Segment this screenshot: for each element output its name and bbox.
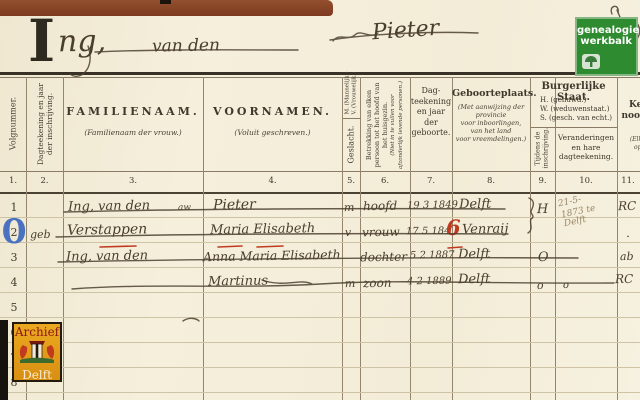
table-top-rule [0,72,640,75]
betrekking-header: Betrekking van elken persoon tot het hoo… [365,79,405,171]
tree-icon [582,54,600,69]
row3-geboorteplaats: Delft [458,247,491,263]
row2-familienaam: Verstappen [67,221,147,238]
row3-betrekking: dochter [360,250,407,265]
kerk-l2: nootschap. [617,111,640,122]
firstname-handwriting: Pieter [371,16,440,46]
col-line-2 [63,77,64,400]
veranderingen-header: Veranderingen en hare dagteekening. [555,133,617,162]
betrekking-l2: persoon tot het hoofd van [373,79,381,171]
row1-voornamen: Pieter [213,197,256,214]
dag-l1: Dag- [410,86,452,97]
delft-coat-of-arms [15,350,59,369]
ver-l3: dagteekening. [555,152,617,162]
row2-betrekking: vrouw [362,225,400,240]
row3-voornamen: Anna Maria Elisabeth [203,247,341,264]
gb-s5: voor vreemdelingen.) [452,135,530,143]
row3-kerk: ab [620,250,634,263]
col-line-10 [617,77,618,400]
row-line [0,342,640,343]
red-ink-six: 6 [446,215,461,240]
row2-voornamen: Maria Elisabeth [210,221,315,238]
betrekking-l1: Betrekking van elken [365,79,373,171]
colno-3: 3. [118,176,148,186]
row4-geboortedatum: 4 2 1889 [407,276,452,288]
colno-2: 2. [30,176,60,186]
row4-kerk: RC [615,272,633,286]
ti-l2: inschrijving. [542,129,550,169]
scanned-register-page: I ng, van den Pieter Volgnummer. Dagteek… [0,0,640,400]
betrekking-s1: (Niet in te vullen voor [389,79,397,171]
surname-particle-handwriting: van den [152,35,220,56]
col-line-5 [360,77,361,400]
kerkgenootschap-subheader: (Elk bepaald opgeven.) [617,136,640,152]
row2-kerk: . [626,226,630,240]
row-number: 1 [8,201,20,214]
row1-familienaam: Ing, van den [68,198,150,214]
kerk-s1: (Elk bepaald [617,136,640,144]
row1-geslacht: m [344,201,355,214]
header-bottom-rule [0,192,640,194]
betrekking-s2: afzonderlijk levende personen.) [397,79,405,171]
row2-geslacht: v [345,226,351,239]
geboortedatum-header: Dag- teekening en jaar der geboorte. [410,86,452,139]
row-number: 4 [8,276,20,289]
row3-familienaam: Ing, van den [66,248,148,264]
blue-pencil-circle: O [2,213,26,252]
row4-geslacht: m [345,277,356,290]
row2-geboorteplaats: Venraij [462,222,509,238]
col-line-3 [203,77,204,400]
row3-staat: O [538,250,549,265]
archief-delft-logo[interactable]: Archief Delft [12,322,62,382]
logo-label-delft: Delft [14,369,60,382]
logo-label-archief: Archief [14,326,60,339]
row4-strike [72,282,614,289]
row1-geboortedatum: 19 3 1849 [407,200,458,212]
row1-geboorteplaats: Delft [459,197,492,213]
colno-1: 1. [0,176,28,186]
row4-voornamen: Martinus [208,273,268,289]
betrekking-l3: het huisgezin. [381,79,389,171]
row1-staat: H [537,202,549,217]
gb-s2: provincie [452,111,530,119]
kerkgenootschap-header: Kerkge- nootschap. [617,100,640,122]
colno-7: 7. [416,176,446,186]
band-notch [160,0,171,4]
row-line [0,392,640,393]
dag-l3: en jaar [410,107,452,118]
surname-suffix-handwriting: ng, [58,24,107,60]
row-line [0,367,640,368]
row4-staat: o [537,279,544,292]
geslacht-mv-header: M. (Mannelijk.) V. (Vrouwelijk.) [345,79,358,115]
voornamen-subheader: (Voluit geschreven.) [203,128,342,137]
geboorteplaats-header: Geboorteplaats. [452,88,530,99]
number-row-line [0,171,640,172]
gb-s1: (Met aanwijzing der [452,103,530,111]
row3-geboortedatum: 5 2 1887 [410,250,455,262]
voornamen-header: VOORNAMEN. [203,105,342,118]
gb-s3: voor inboorlingen, [452,119,530,127]
colno-10: 10. [571,176,601,186]
familienaam-header: FAMILIENAAM. [63,105,203,118]
col2-header: Dagteekening en jaar der inschrijving. [36,80,54,168]
col2-header-l2: der inschrijving. [45,80,54,168]
staat-w: W. (weduwenstaat.) [540,105,617,114]
col-line-4 [342,77,343,400]
row-line [0,317,640,318]
header-top-line [0,77,640,78]
row4-betrekking: zoon [363,276,392,290]
row1-extra-mark: aw [178,203,191,213]
row-line [0,217,640,218]
ver-l1: Veranderingen [555,133,617,143]
col-line-9 [555,77,556,400]
colno-6: 6. [370,176,400,186]
row4-geboorteplaats: Delft [458,272,491,288]
row-number: 3 [8,251,20,264]
tijdens-inschrijving-header: Tijdens de inschrijving. [535,129,550,169]
ver-l2: en hare [555,143,617,153]
row1-betrekking: hoofd [363,199,398,214]
geslacht-v: V. (Vrouwelijk.) [351,79,358,115]
scan-corner [0,320,8,400]
colno-9: 9. [528,176,558,186]
kerk-s2: opgeven.) [617,144,640,152]
row2-geboortedatum: 17 5 184 [406,226,451,238]
row-line [0,292,640,293]
kerk-l1: Kerkge- [617,100,640,111]
col2-header-l1: Dagteekening en jaar [36,80,45,168]
dag-l2: teekening [410,97,452,108]
geboorteplaats-subheader: (Met aanwijzing der provincie voor inboo… [452,103,530,143]
dag-l5: geboorte. [410,128,452,139]
colno-5: 5. [336,176,366,186]
badge-label-2: werkbalk [577,36,636,47]
col5-split-line [342,118,360,119]
dag-l4: der [410,118,452,129]
colno-8: 8. [476,176,506,186]
burgerlijke-staat-options: H. (gehuwd.) W. (weduwenstaat.) S. (gesc… [540,96,617,123]
col-line-8 [530,77,531,400]
genealogie-werkbalk-badge[interactable]: genealogie werkbalk [575,17,638,76]
familienaam-subheader: (Familienaam der vrouw.) [63,128,203,137]
row2-inschrijving: geb [30,228,51,241]
colno-11: 11. [613,176,640,186]
row-number: 5 [8,301,20,314]
row1-kerk: RC [618,199,636,213]
badge-label-1: genealogie [577,25,636,36]
row-line [0,267,640,268]
col1-header: Volgnummer. [9,80,18,168]
geslacht-header: Geslacht. [347,122,356,168]
gb-s4: van het land [452,127,530,135]
row4-verandering: o [563,280,569,291]
register-letter: I [28,12,55,70]
row-line [0,242,640,243]
staat-s: S. (gesch. van echt.) [540,114,617,123]
colno-4: 4. [258,176,288,186]
staat-h: H. (gehuwd.) [540,96,617,105]
geslacht-m: M. (Mannelijk.) [345,79,352,115]
